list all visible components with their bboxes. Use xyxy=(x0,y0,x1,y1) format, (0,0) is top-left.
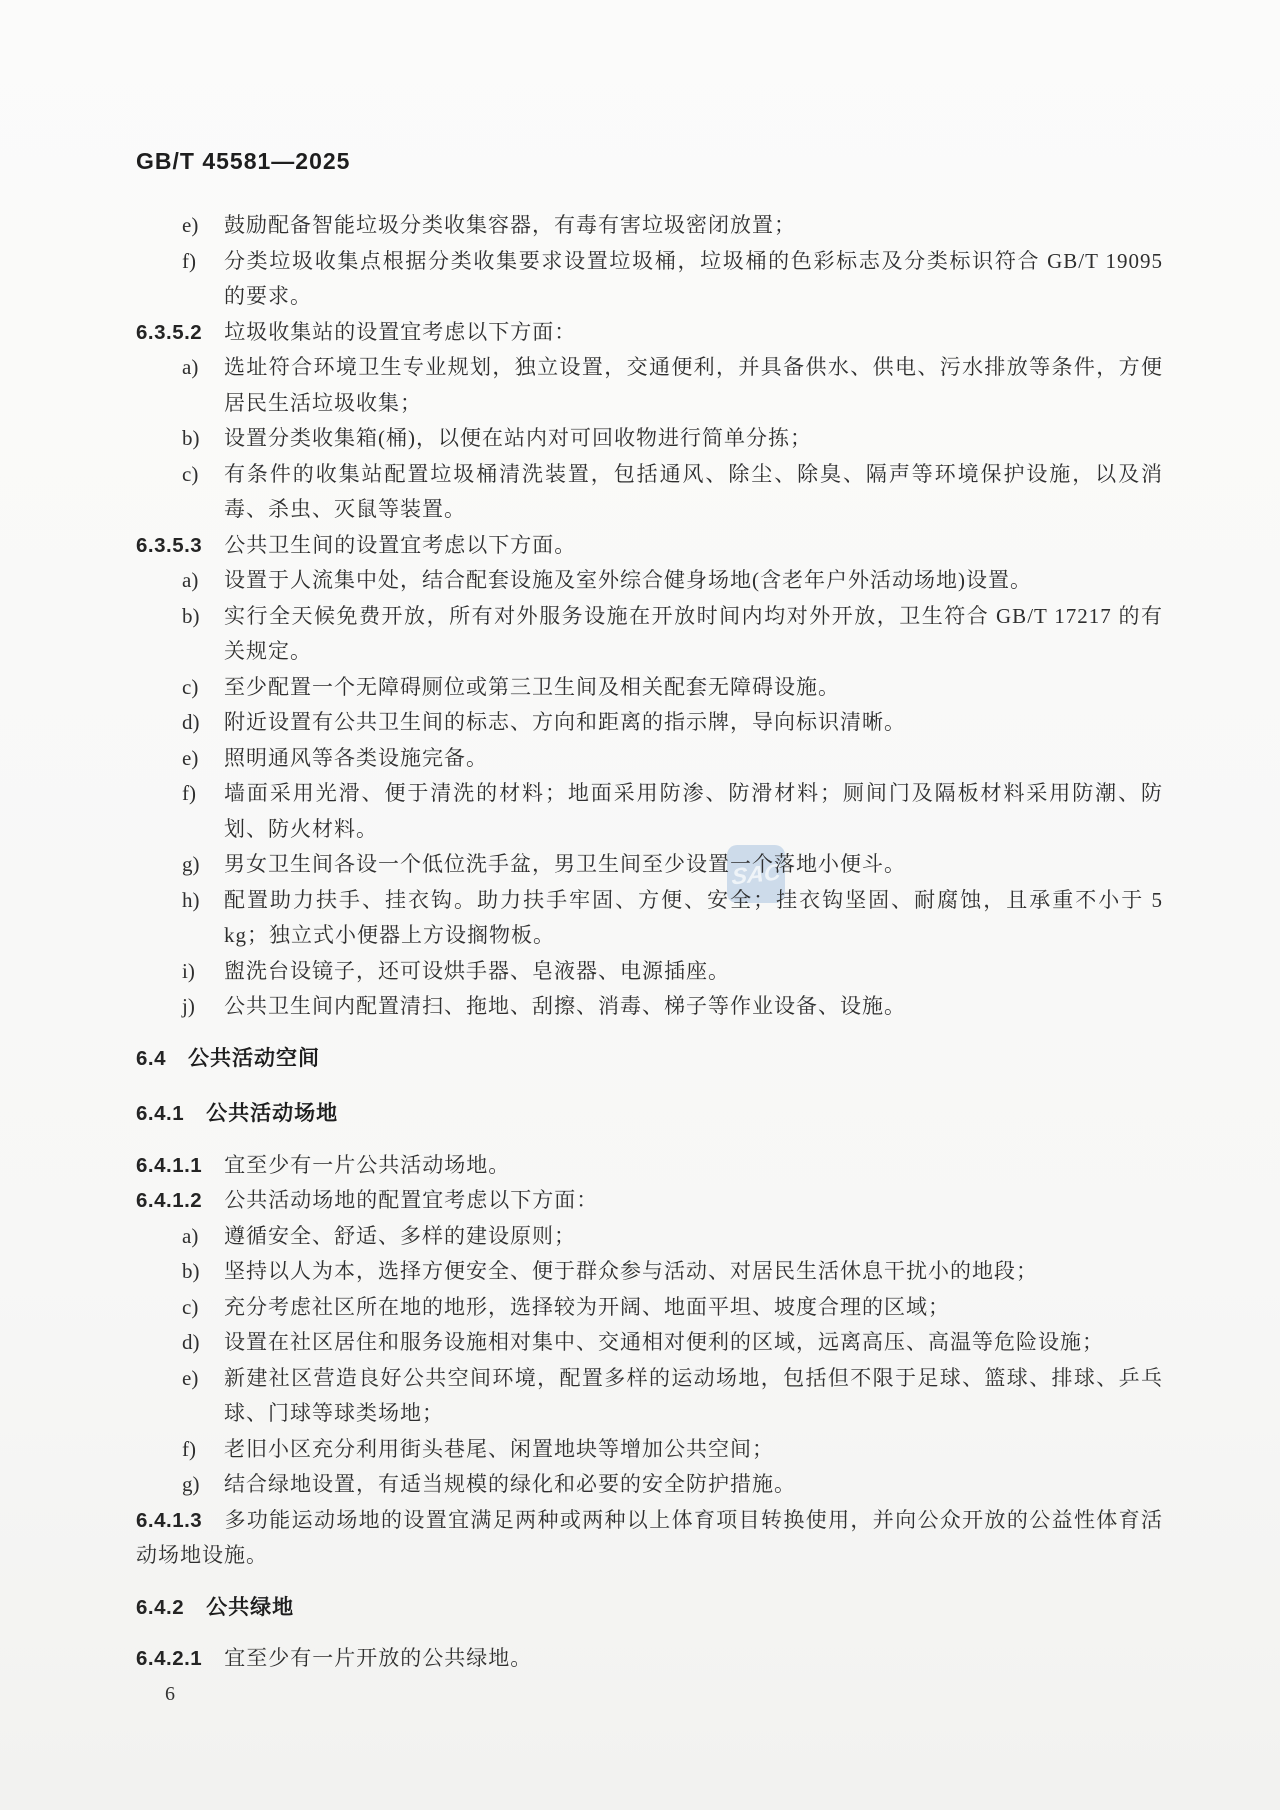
clause-number: 6.4.2.1 xyxy=(136,1647,202,1670)
clause-6.3.5.3: 6.3.5.3公共卫生间的设置宜考虑以下方面。 xyxy=(136,528,1163,564)
item-label: d) xyxy=(182,1325,200,1361)
paragraph-text: 设置分类收集箱(桶)，以便在站内对可回收物进行简单分拣； xyxy=(224,426,812,450)
list-item-b: b)设置分类收集箱(桶)，以便在站内对可回收物进行简单分拣； xyxy=(136,421,1163,457)
paragraph-text: 选址符合环境卫生专业规划，独立设置，交通便利，并具备供水、供电、污水排放等条件，… xyxy=(224,355,1163,415)
paragraph-text: 配置助力扶手、挂衣钩。助力扶手牢固、方便、安全；挂衣钩坚固、耐腐蚀，且承重不小于… xyxy=(224,888,1163,948)
page-number: 6 xyxy=(136,1677,1163,1713)
item-label: j) xyxy=(182,989,195,1025)
paragraph-text: 公共卫生间内配置清扫、拖地、刮擦、消毒、梯子等作业设备、设施。 xyxy=(224,994,906,1018)
paragraph-text: 男女卫生间各设一个低位洗手盆，男卫生间至少设置一个落地小便斗。 xyxy=(224,852,906,876)
clause-number: 6.3.5.3 xyxy=(136,534,202,557)
paragraph-text: 有条件的收集站配置垃圾桶清洗装置，包括通风、除尘、除臭、隔声等环境保护设施，以及… xyxy=(224,462,1163,522)
item-label: f) xyxy=(182,1432,196,1468)
paragraph-text: 公共卫生间的设置宜考虑以下方面。 xyxy=(224,533,576,557)
paragraph-text: 坚持以人为本，选择方便安全、便于群众参与活动、对居民生活休息干扰小的地段； xyxy=(224,1259,1038,1283)
item-label: f) xyxy=(182,776,196,812)
paragraph-text: 充分考虑社区所在地的地形，选择较为开阔、地面平坦、坡度合理的区域； xyxy=(224,1295,950,1319)
clause-6.4.1.2: 6.4.1.2公共活动场地的配置宜考虑以下方面： xyxy=(136,1183,1163,1219)
paragraph-text: 照明通风等各类设施完备。 xyxy=(224,746,488,770)
item-label: a) xyxy=(182,563,198,599)
section-heading-6.4.2: 6.4.2公共绿地 xyxy=(136,1590,1163,1626)
list-item-h: h)配置助力扶手、挂衣钩。助力扶手牢固、方便、安全；挂衣钩坚固、耐腐蚀，且承重不… xyxy=(136,883,1163,954)
paragraph-text: 宜至少有一片公共活动场地。 xyxy=(224,1153,510,1177)
list-item-g: g)结合绿地设置，有适当规模的绿化和必要的安全防护措施。 xyxy=(136,1467,1163,1503)
item-label: b) xyxy=(182,421,200,457)
clause-6.3.5.2: 6.3.5.2垃圾收集站的设置宜考虑以下方面： xyxy=(136,315,1163,351)
list-item-b: b)坚持以人为本，选择方便安全、便于群众参与活动、对居民生活休息干扰小的地段； xyxy=(136,1254,1163,1290)
clause-6.4.2.1: 6.4.2.1宜至少有一片开放的公共绿地。 xyxy=(136,1641,1163,1677)
paragraph-text: 设置在社区居住和服务设施相对集中、交通相对便利的区域，远离高压、高温等危险设施； xyxy=(224,1330,1104,1354)
clause-number: 6.4.1.1 xyxy=(136,1154,202,1177)
item-label: e) xyxy=(182,1361,198,1397)
item-label: c) xyxy=(182,457,198,493)
item-label: g) xyxy=(182,847,200,883)
paragraph-text: 鼓励配备智能垃圾分类收集容器，有毒有害垃圾密闭放置； xyxy=(224,213,796,237)
list-item-e: e)新建社区营造良好公共空间环境，配置多样的运动场地，包括但不限于足球、篮球、排… xyxy=(136,1361,1163,1432)
document-body: e)鼓励配备智能垃圾分类收集容器，有毒有害垃圾密闭放置；f)分类垃圾收集点根据分… xyxy=(136,208,1163,1677)
list-item-j: j)公共卫生间内配置清扫、拖地、刮擦、消毒、梯子等作业设备、设施。 xyxy=(136,989,1163,1025)
clause-6.4.1.3: 6.4.1.3多功能运动场地的设置宜满足两种或两种以上体育项目转换使用，并向公众… xyxy=(136,1503,1163,1574)
list-item-d: d)附近设置有公共卫生间的标志、方向和距离的指示牌，导向标识清晰。 xyxy=(136,705,1163,741)
paragraph-text: 墙面采用光滑、便于清洗的材料；地面采用防渗、防滑材料；厕间门及隔板材料采用防潮、… xyxy=(224,781,1163,841)
paragraph-text: 公共活动场地的配置宜考虑以下方面： xyxy=(224,1188,598,1212)
paragraph-text: 分类垃圾收集点根据分类收集要求设置垃圾桶，垃圾桶的色彩标志及分类标识符合 GB/… xyxy=(224,249,1163,309)
item-label: b) xyxy=(182,1254,200,1290)
item-label: e) xyxy=(182,208,198,244)
list-item-e: e)照明通风等各类设施完备。 xyxy=(136,741,1163,777)
item-label: g) xyxy=(182,1467,200,1503)
document-page: SAC GB/T 45581—2025 e)鼓励配备智能垃圾分类收集容器，有毒有… xyxy=(0,0,1280,1810)
paragraph-text: 公共活动场地 xyxy=(206,1102,338,1125)
list-item-e: e)鼓励配备智能垃圾分类收集容器，有毒有害垃圾密闭放置； xyxy=(136,208,1163,244)
clause-number: 6.4.1 xyxy=(136,1102,184,1125)
list-item-c: c)充分考虑社区所在地的地形，选择较为开阔、地面平坦、坡度合理的区域； xyxy=(136,1290,1163,1326)
paragraph-text: 公共活动空间 xyxy=(188,1047,320,1070)
item-label: h) xyxy=(182,883,200,919)
item-label: a) xyxy=(182,1219,198,1255)
item-label: e) xyxy=(182,741,198,777)
paragraph-text: 设置于人流集中处，结合配套设施及室外综合健身场地(含老年户外活动场地)设置。 xyxy=(224,568,1032,592)
item-label: b) xyxy=(182,599,200,635)
item-label: a) xyxy=(182,350,198,386)
item-label: c) xyxy=(182,670,198,706)
list-item-f: f)分类垃圾收集点根据分类收集要求设置垃圾桶，垃圾桶的色彩标志及分类标识符合 G… xyxy=(136,244,1163,315)
clause-number: 6.4.1.3 xyxy=(136,1509,202,1532)
list-item-a: a)遵循安全、舒适、多样的建设原则； xyxy=(136,1219,1163,1255)
list-item-b: b)实行全天候免费开放，所有对外服务设施在开放时间内均对外开放，卫生符合 GB/… xyxy=(136,599,1163,670)
clause-number: 6.4.1.2 xyxy=(136,1189,202,1212)
clause-number: 6.4.2 xyxy=(136,1596,184,1619)
list-item-f: f)老旧小区充分利用街头巷尾、闲置地块等增加公共空间； xyxy=(136,1432,1163,1468)
paragraph-text: 老旧小区充分利用街头巷尾、闲置地块等增加公共空间； xyxy=(224,1437,774,1461)
list-item-c: c)至少配置一个无障碍厕位或第三卫生间及相关配套无障碍设施。 xyxy=(136,670,1163,706)
paragraph-text: 至少配置一个无障碍厕位或第三卫生间及相关配套无障碍设施。 xyxy=(224,675,840,699)
list-item-a: a)选址符合环境卫生专业规划，独立设置，交通便利，并具备供水、供电、污水排放等条… xyxy=(136,350,1163,421)
paragraph-text: 盥洗台设镜子，还可设烘手器、皂液器、电源插座。 xyxy=(224,959,730,983)
item-label: f) xyxy=(182,244,196,280)
list-item-c: c)有条件的收集站配置垃圾桶清洗装置，包括通风、除尘、除臭、隔声等环境保护设施，… xyxy=(136,457,1163,528)
list-item-a: a)设置于人流集中处，结合配套设施及室外综合健身场地(含老年户外活动场地)设置。 xyxy=(136,563,1163,599)
section-heading-6.4: 6.4公共活动空间 xyxy=(136,1041,1163,1077)
list-item-i: i)盥洗台设镜子，还可设烘手器、皂液器、电源插座。 xyxy=(136,954,1163,990)
list-item-d: d)设置在社区居住和服务设施相对集中、交通相对便利的区域，远离高压、高温等危险设… xyxy=(136,1325,1163,1361)
clause-number: 6.4 xyxy=(136,1047,166,1070)
section-heading-6.4.1: 6.4.1公共活动场地 xyxy=(136,1096,1163,1132)
paragraph-text: 实行全天候免费开放，所有对外服务设施在开放时间内均对外开放，卫生符合 GB/T … xyxy=(224,604,1163,664)
page-header-standard-number: GB/T 45581—2025 xyxy=(136,146,1163,176)
clause-number: 6.3.5.2 xyxy=(136,321,202,344)
paragraph-text: 多功能运动场地的设置宜满足两种或两种以上体育项目转换使用，并向公众开放的公益性体… xyxy=(136,1508,1163,1568)
clause-6.4.1.1: 6.4.1.1宜至少有一片公共活动场地。 xyxy=(136,1148,1163,1184)
list-item-g: g)男女卫生间各设一个低位洗手盆，男卫生间至少设置一个落地小便斗。 xyxy=(136,847,1163,883)
paragraph-text: 垃圾收集站的设置宜考虑以下方面： xyxy=(224,320,576,344)
paragraph-text: 宜至少有一片开放的公共绿地。 xyxy=(224,1646,532,1670)
paragraph-text: 附近设置有公共卫生间的标志、方向和距离的指示牌，导向标识清晰。 xyxy=(224,710,906,734)
item-label: i) xyxy=(182,954,195,990)
paragraph-text: 结合绿地设置，有适当规模的绿化和必要的安全防护措施。 xyxy=(224,1472,796,1496)
paragraph-text: 遵循安全、舒适、多样的建设原则； xyxy=(224,1224,576,1248)
paragraph-text: 公共绿地 xyxy=(206,1596,294,1619)
paragraph-text: 新建社区营造良好公共空间环境，配置多样的运动场地，包括但不限于足球、篮球、排球、… xyxy=(224,1366,1163,1426)
item-label: d) xyxy=(182,705,200,741)
item-label: c) xyxy=(182,1290,198,1326)
list-item-f: f)墙面采用光滑、便于清洗的材料；地面采用防渗、防滑材料；厕间门及隔板材料采用防… xyxy=(136,776,1163,847)
